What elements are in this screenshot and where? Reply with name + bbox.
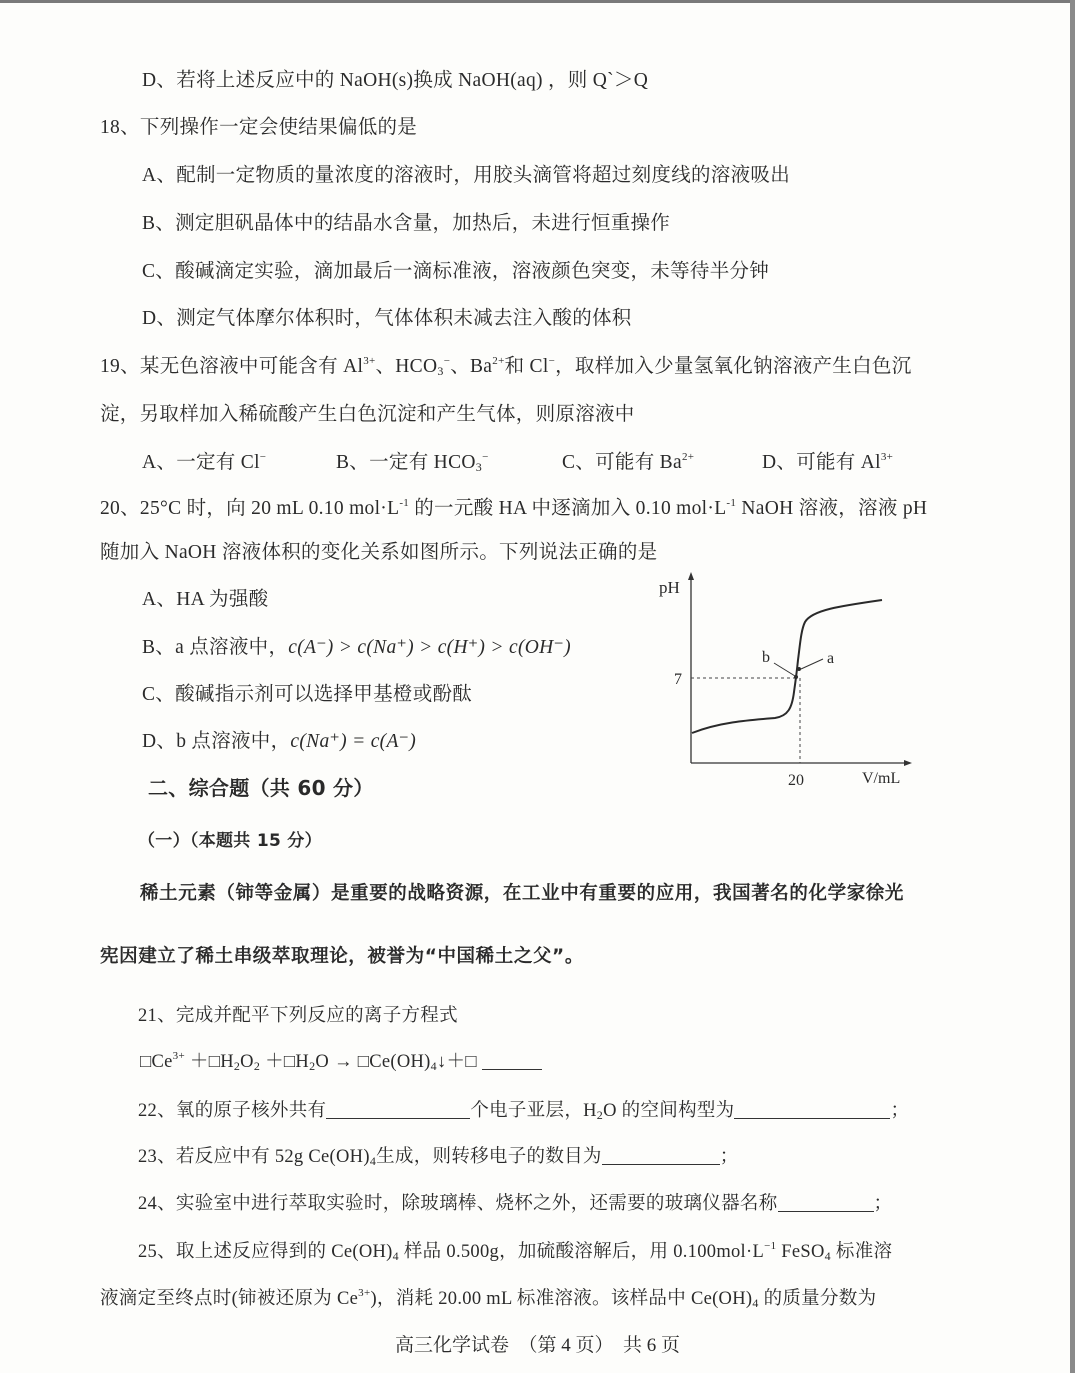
- q20-option-c: C、酸碱指示剂可以选择甲基橙或酚酞: [142, 678, 472, 706]
- label-a-leader: [801, 659, 823, 669]
- q21-product-blank[interactable]: [482, 1051, 542, 1070]
- y-tick-7: 7: [674, 671, 682, 688]
- q21-equation: □Ce3+ ＋□H2O2 ＋□H2O → □Ce(OH)4↓＋□: [140, 1047, 542, 1073]
- q19-stem-line1: 19、某无色溶液中可能含有 Al3+、HCO3−、Ba2+和 Cl−，取样加入少…: [100, 350, 912, 378]
- section-2-intro-line1: 稀土元素（铈等金属）是重要的战略资源，在工业中有重要的应用，我国著名的化学家徐光: [140, 879, 904, 905]
- y-axis-arrow-icon: [688, 572, 694, 580]
- section-2-title: 二、综合题（共 60 分）: [148, 772, 374, 801]
- section-2-intro-line2: 宪因建立了稀土串级萃取理论，被誉为“中国稀土之父”。: [100, 942, 584, 968]
- point-a: [797, 667, 801, 671]
- q18-option-d: D、测定气体摩尔体积时，气体体积未减去注入酸的体积: [142, 302, 632, 330]
- q19-option-b: B、一定有 HCO3−: [336, 446, 489, 474]
- section-2-part1: （一）（本题共 15 分）: [138, 826, 322, 851]
- q20-option-a: A、HA 为强酸: [142, 583, 268, 611]
- q17-option-d: D、若将上述反应中的 NaOH(s)换成 NaOH(aq) ，则 Q`＞Q: [142, 64, 648, 92]
- titration-curve-chart: pH 7 b a 20 V/mL: [640, 570, 940, 800]
- q21-stem: 21、完成并配平下列反应的离子方程式: [138, 1001, 458, 1027]
- scan-top-border: [0, 0, 1075, 3]
- q23: 23、若反应中有 52g Ce(OH)4生成，则转移电子的数目为；: [138, 1142, 739, 1168]
- x-axis-label: V/mL: [862, 770, 900, 787]
- q25-line1: 25、取上述反应得到的 Ce(OH)4 样品 0.500g，加硫酸溶解后，用 0…: [138, 1237, 892, 1263]
- point-b-label: b: [762, 649, 770, 666]
- q18-option-c: C、酸碱滴定实验，滴加最后一滴标准液，溶液颜色突变，未等待半分钟: [142, 255, 769, 283]
- q18-option-b: B、测定胆矾晶体中的结晶水含量，加热后，未进行恒重操作: [142, 207, 670, 235]
- q20-stem-line2: 随加入 NaOH 溶液体积的变化关系如图所示。下列说法正确的是: [100, 536, 657, 564]
- q25-line2: 液滴定至终点时(铈被还原为 Ce3+)，消耗 20.00 mL 标准溶液。该样品…: [100, 1284, 876, 1310]
- x-tick-20: 20: [788, 772, 804, 789]
- q19-stem-line2: 淀，另取样加入稀硫酸产生白色沉淀和产生气体，则原溶液中: [100, 398, 635, 426]
- q23-electrons-blank[interactable]: [602, 1146, 720, 1165]
- scan-right-edge: [1070, 0, 1075, 1373]
- y-axis-label: pH: [659, 578, 680, 597]
- q20-option-b: B、a 点溶液中，c(A⁻) > c(Na⁺) > c(H⁺) > c(OH⁻): [142, 631, 571, 659]
- titration-curve: [692, 600, 882, 733]
- q24-instrument-blank[interactable]: [778, 1193, 874, 1212]
- q20-stem-line1: 20、25°C 时，向 20 mL 0.10 mol·L-1 的一元酸 HA 中…: [100, 492, 927, 520]
- q22-shape-blank[interactable]: [734, 1100, 890, 1119]
- q22-subshell-blank[interactable]: [326, 1100, 470, 1119]
- q18-stem: 18、下列操作一定会使结果偏低的是: [100, 111, 417, 139]
- q22: 22、氧的原子核外共有个电子亚层，H2O 的空间构型为；: [138, 1096, 909, 1122]
- q18-option-a: A、配制一定物质的量浓度的溶液时，用胶头滴管将超过刻度线的溶液吸出: [142, 159, 790, 187]
- x-axis-arrow-icon: [904, 760, 912, 766]
- label-b-leader: [774, 663, 795, 676]
- q24: 24、实验室中进行萃取实验时，除玻璃棒、烧杯之外，还需要的玻璃仪器名称；: [138, 1189, 892, 1215]
- q19-option-a: A、一定有 Cl−: [142, 446, 266, 474]
- q20-option-d: D、b 点溶液中，c(Na⁺) = c(A⁻): [142, 725, 416, 753]
- page-footer: 高三化学试卷 （第 4 页） 共 6 页: [0, 1330, 1075, 1357]
- point-a-label: a: [827, 650, 834, 667]
- q19-option-c: C、可能有 Ba2+: [562, 446, 694, 474]
- q19-option-d: D、可能有 Al3+: [762, 446, 893, 474]
